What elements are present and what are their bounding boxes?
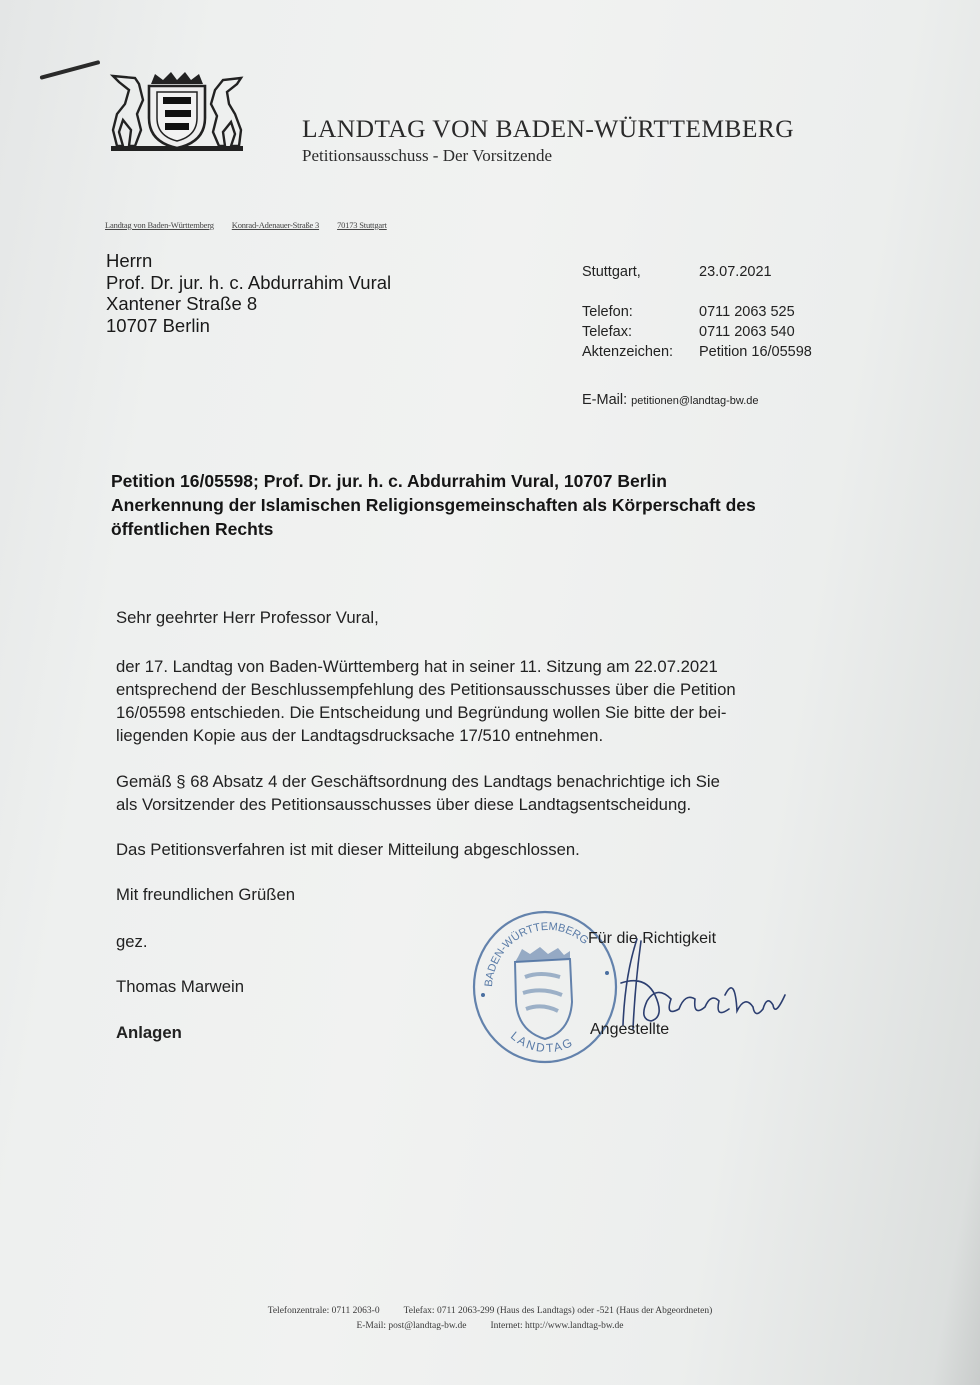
paragraph-2: Gemäß § 68 Absatz 4 der Geschäftsordnung… [116,770,856,816]
footer-phone: Telefonzentrale: 0711 2063-0 [268,1306,380,1316]
subject-line-3: öffentlichen Rechts [111,517,871,541]
recipient-name: Prof. Dr. jur. h. c. Abdurrahim Vural [106,272,391,294]
meta-place: Stuttgart, [582,262,699,282]
paragraph-1: der 17. Landtag von Baden-Württemberg ha… [116,655,856,747]
meta-phone: Telefon: 0711 2063 525 [582,302,812,322]
paragraph-1-line: 16/05598 entschieden. Die Entscheidung u… [116,701,856,724]
return-address-sender: Landtag von Baden-Württemberg [105,220,214,230]
meta-reference-label: Aktenzeichen: [582,342,699,362]
recipient-salutation: Herrn [106,250,391,272]
meta-reference-value: Petition 16/05598 [699,342,812,362]
certification-role: Angestellte [590,1021,669,1039]
pen-mark [39,60,100,80]
return-address-street: Konrad-Adenauer-Straße 3 [232,220,319,230]
meta-fax-value: 0711 2063 540 [699,322,795,342]
org-subtitle: Petitionsausschuss - Der Vorsitzende [302,146,552,166]
closing: Mit freundlichen Grüßen [116,883,856,906]
meta-email-label: E-Mail: [582,392,627,408]
return-address: Landtag von Baden-WürttembergKonrad-Aden… [105,220,405,230]
baden-wuerttemberg-coat-of-arms-icon [105,70,247,154]
meta-date: 23.07.2021 [699,262,772,282]
paragraph-1-line: entsprechend der Beschlussempfehlung des… [116,678,856,701]
svg-text:LANDTAG: LANDTAG [508,1029,576,1056]
org-title: LANDTAG VON BADEN-WÜRTTEMBERG [302,114,794,144]
meta-phone-label: Telefon: [582,302,699,322]
footer-internet: Internet: http://www.landtag-bw.de [490,1321,623,1331]
recipient-city: 10707 Berlin [106,315,391,337]
footer-line-2: E-Mail: post@landtag-bw.deInternet: http… [0,1321,980,1331]
stamp-text-bottom: LANDTAG [508,1029,576,1056]
paragraph-3: Das Petitionsverfahren ist mit dieser Mi… [116,838,856,861]
greeting: Sehr geehrter Herr Professor Vural, [116,606,856,629]
meta-fax-label: Telefax: [582,322,699,342]
footer-line-1: Telefonzentrale: 0711 2063-0Telefax: 071… [0,1306,980,1316]
recipient-street: Xantener Straße 8 [106,293,391,315]
paragraph-1-line: liegenden Kopie aus der Landtagsdrucksac… [116,724,856,747]
letter-meta: Stuttgart, 23.07.2021 Telefon: 0711 2063… [582,262,812,408]
footer-fax: Telefax: 0711 2063-299 (Haus des Landtag… [404,1306,713,1316]
footer-email: E-Mail: post@landtag-bw.de [356,1321,466,1331]
paragraph-2-line: als Vorsitzender des Petitionsausschusse… [116,793,856,816]
subject-line-2: Anerkennung der Islamischen Religionsgem… [111,493,871,517]
meta-reference: Aktenzeichen: Petition 16/05598 [582,342,812,362]
subject-line-1: Petition 16/05598; Prof. Dr. jur. h. c. … [111,469,871,493]
subject: Petition 16/05598; Prof. Dr. jur. h. c. … [111,469,871,541]
paragraph-1-line: der 17. Landtag von Baden-Württemberg ha… [116,655,856,678]
meta-fax: Telefax: 0711 2063 540 [582,322,812,342]
recipient-address: Herrn Prof. Dr. jur. h. c. Abdurrahim Vu… [106,250,391,336]
return-address-city: 70173 Stuttgart [337,220,387,230]
meta-place-date: Stuttgart, 23.07.2021 [582,262,812,282]
meta-phone-value: 0711 2063 525 [699,302,795,322]
meta-email: E-Mail: petitionen@landtag-bw.de [582,392,812,408]
paragraph-2-line: Gemäß § 68 Absatz 4 der Geschäftsordnung… [116,770,856,793]
meta-email-value: petitionen@landtag-bw.de [631,395,758,407]
handwritten-signature-icon [595,935,795,1035]
